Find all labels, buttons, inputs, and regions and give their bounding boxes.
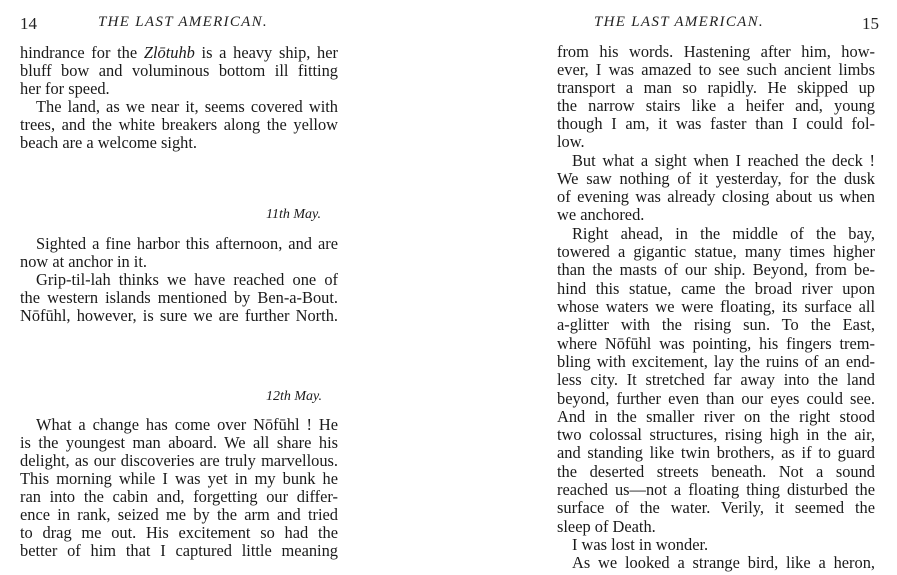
text-line: her for speed.: [20, 80, 338, 98]
text-line: trees, and the white breakers along the …: [20, 116, 338, 134]
page-number: 15: [862, 14, 879, 34]
text-line: Grip-til-lah thinks we have reached one …: [36, 271, 338, 289]
text-line: the western islands mentioned by Ben-a-B…: [20, 289, 338, 307]
text-line: whose waters we were floating, its surfa…: [557, 298, 875, 316]
text-line: What a change has come over Nōfūhl ! He: [36, 416, 338, 434]
right-page: THE LAST AMERICAN. 15 from his words. Ha…: [450, 0, 897, 575]
text-line: low.: [557, 133, 875, 151]
text-line: where Nōfūhl was pointing, his fingers t…: [557, 335, 875, 353]
text-line: This morning while I was yet in my bunk …: [20, 470, 338, 488]
text-line: to drag me out. His excitement so had th…: [20, 524, 338, 542]
text-line: surface of the water. Verily, it seemed …: [557, 499, 875, 517]
text-line: though I am, it was faster than I could …: [557, 115, 875, 133]
text-line: And in the smaller river on the right st…: [557, 408, 875, 426]
text-line: from his words. Hastening after him, how…: [557, 43, 875, 61]
text-line: sleep of Death.: [557, 518, 875, 536]
text-line: ever, I was amazed to see such ancient l…: [557, 61, 875, 79]
text-line: bling with excitement, lay the ruins of …: [557, 353, 875, 371]
text-line: ence in rank, seized me by the arm and t…: [20, 506, 338, 524]
text-line: a-glitter with the rising sun. To the Ea…: [557, 316, 875, 334]
text-line: we anchored.: [557, 206, 875, 224]
diary-date: 11th May.: [266, 207, 321, 223]
text-line: bluff bow and voluminous bottom ill fitt…: [20, 62, 338, 80]
text-line: than the masts of our ship. Beyond, from…: [557, 261, 875, 279]
text-line: delight, as our discoveries are truly ma…: [20, 452, 338, 470]
text-line: transport a man so rapidly. He skipped u…: [557, 79, 875, 97]
text-line: hind this statue, came the broad river u…: [557, 280, 875, 298]
text-line: two colossal structures, rising high in …: [557, 426, 875, 444]
text-line: I was lost in wonder.: [572, 536, 875, 554]
diary-date: 12th May.: [266, 389, 322, 405]
text-line: ran into the cabin and, forgetting our d…: [20, 488, 338, 506]
text-line: hindrance for the Zlōtuhb is a heavy shi…: [20, 44, 338, 62]
text-line: As we looked a strange bird, like a hero…: [572, 554, 875, 572]
text-line: But what a sight when I reached the deck…: [572, 152, 875, 170]
text-line: We saw nothing of it yesterday, for the …: [557, 170, 875, 188]
text-line: the deserted streets beneath. Not a soun…: [557, 463, 875, 481]
text-line: now at anchor in it.: [20, 253, 338, 271]
text-line: is the youngest man aboard. We all share…: [20, 434, 338, 452]
text-line: the narrow stairs like a heifer and, you…: [557, 97, 875, 115]
text-line: Right ahead, in the middle of the bay,: [572, 225, 875, 243]
text-line: of evening was already closing about us …: [557, 188, 875, 206]
text-line: less city. It stretched far away into th…: [557, 371, 875, 389]
text-line: towered a gigantic statue, many times hi…: [557, 243, 875, 261]
text-line: and standing like twin brothers, as if t…: [557, 444, 875, 462]
text-line: reached us—not a floating thing disturbe…: [557, 481, 875, 499]
running-header: THE LAST AMERICAN.: [98, 14, 268, 31]
left-page: 14 THE LAST AMERICAN. hindrance for the …: [0, 0, 450, 575]
text-line: The land, as we near it, seems covered w…: [36, 98, 338, 116]
text-line: beyond, further even than our eyes could…: [557, 390, 875, 408]
text-line: Nōfūhl, however, is sure we are further …: [20, 307, 338, 325]
text-line: better of him that I captured little mea…: [20, 542, 338, 560]
text-line: beach are a welcome sight.: [20, 134, 338, 152]
running-header: THE LAST AMERICAN.: [594, 14, 764, 31]
ship-name: Zlōtuhb: [144, 43, 195, 62]
text-line: Sighted a fine harbor this afternoon, an…: [36, 235, 338, 253]
page-number: 14: [20, 14, 37, 34]
